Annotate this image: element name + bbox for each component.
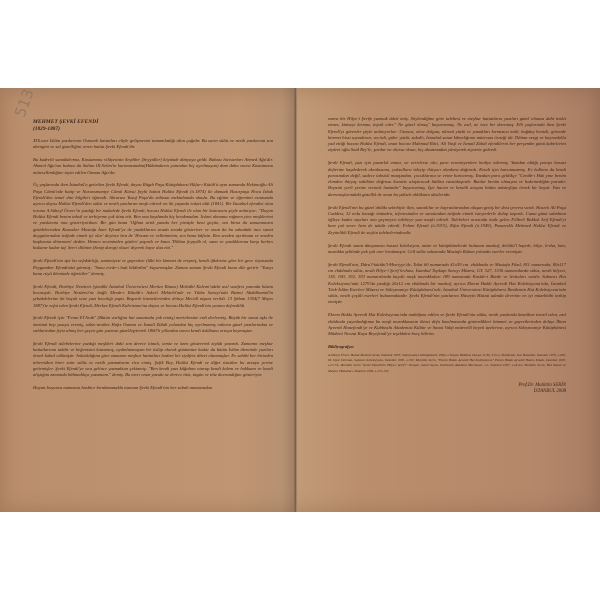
right-page: sonra bir Hilye-i Şerife yazmak âdeti im…: [297, 88, 600, 512]
paragraph: Şevki Efendi talebelerine yazdığı meşkle…: [33, 341, 273, 379]
pencil-mark: 513: [11, 86, 38, 119]
bibliography-heading: Bibliyografya:: [328, 344, 566, 350]
paragraph: Şevki Efendi için "Fenni El'Arab" (Bütün…: [33, 315, 273, 334]
left-page-content: MEHMET ŞEVKİ EFENDİ (1829-1887) XIX.asır…: [33, 119, 273, 398]
paragraph: Bu kudretli sanatkârımız, Kastamonu vilâ…: [33, 157, 273, 176]
paragraph: Şevki Efendi'nin, Dâru'l-kütübi'l-Mısriy…: [328, 262, 566, 306]
right-page-content: sonra bir Hilye-i Şerife yazmak âdeti im…: [328, 116, 566, 395]
paragraph: Şevki Efendi, yazı için pazarlık etmez, …: [328, 160, 566, 198]
signature-block: Prof.Dr. Muhittin SERİN İSTANBUL 2008: [328, 383, 566, 395]
paragraph: Şevki Efendi sanat dünyamıza hususi kole…: [328, 243, 566, 256]
paragraph: Ekrem Hakkı Ayverdi Hat Koleksiyonu'nda …: [328, 312, 566, 337]
bibliography-text: A.Süheyl Ünver, Hattat Mehmet Şevki, İst…: [328, 353, 566, 374]
paragraph: Şevki Efendi'nin bu güzel ahlâkı sebebiy…: [328, 205, 566, 236]
paragraph: XIX.asır İslâm yazılarının Osmanlı hatta…: [33, 138, 273, 151]
left-page: 513 MEHMET ŞEVKİ EFENDİ (1829-1887) XIX.…: [0, 88, 294, 512]
signature-place-date: İSTANBUL 2008: [328, 389, 566, 395]
article-dates: (1829-1887): [33, 126, 273, 133]
paragraph: Şevki Efendi, Harbiye Nezâreti (şimdiki …: [33, 284, 273, 309]
open-booklet: 513 MEHMET ŞEVKİ EFENDİ (1829-1887) XIX.…: [0, 88, 600, 512]
paragraph: Üç yaşlarında iken İstanbul'a getirilen …: [33, 182, 273, 251]
paragraph: Şevki Efendi'nin işte bu vefakârlığı, sa…: [33, 258, 273, 277]
paragraph: sonra bir Hilye-i Şerife yazmak âdeti im…: [328, 116, 566, 154]
paragraph: Hayatı boyunca namazını hasbice bırakmam…: [33, 385, 273, 391]
